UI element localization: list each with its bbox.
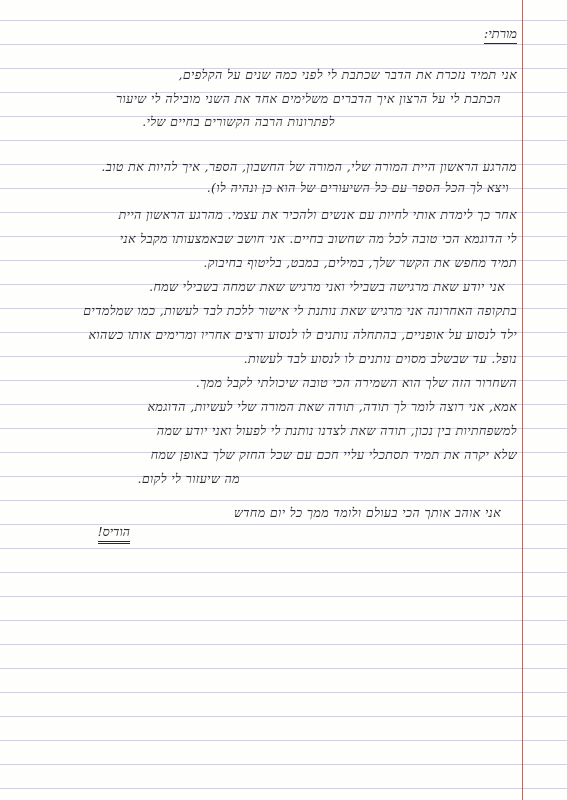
letter-line: השחרור הזה שלך הוא השמירה הכי טובה שיכול… — [196, 375, 517, 391]
signature: הודיס! — [98, 524, 130, 544]
letter-line: נופל. עד שבשלב מסוים נותנים לו לנסוע לבד… — [244, 351, 517, 367]
letter-line: למשפחתיות בין נכון, תודה שאת לצדנו נותנת… — [157, 423, 517, 439]
letter-line: אחר כך לימדת אותי לחיות עם אנשים ולהכיר … — [119, 207, 517, 223]
letter-line: שלא יקרה את תמיד תסתכלי עליי חכם עם שכל … — [151, 447, 517, 463]
letter-line: אמא, אני רוצה לומר לך תודה, תודה שאת המו… — [148, 399, 518, 415]
letter-line: תמיד מחפש את הקשר שלך, במילים, במבט, בלי… — [203, 255, 517, 271]
letter-line: מה שיעזור לי לקום. — [137, 471, 240, 487]
letter-line: אני אוהב אותך הכי בעולם ולומד ממך כל יום… — [234, 505, 501, 521]
notebook-page: מורתי: אני תמיד נזכרת את הדבר שכתבת לי ל… — [0, 0, 567, 800]
letter-line: לפתרונות הרבה הקשורים בחיים שלי. — [142, 114, 335, 130]
letter-line: לי הדוגמא הכי טובה לכל מה שחשוב בחיים. א… — [120, 231, 517, 247]
letter-line: אני יודע שאת מרגישה בשבילי ואני מרגיש שא… — [149, 279, 505, 295]
letter-line: מהרגע הראשון היית המורה שלי, המורה של הח… — [101, 159, 517, 175]
letter-line: אני תמיד נזכרת את הדבר שכתבת לי לפני כמה… — [178, 67, 517, 83]
letter-line: ילד לנסוע על אופניים, בהתחלה נותנים לו ל… — [88, 327, 517, 343]
margin-line — [522, 0, 523, 800]
letter-line: הכתבת לי על הרצון איך הדברים משלימים אחד… — [116, 91, 501, 107]
letter-line: ויצא לך הכל הספר עם כל השיעורים של הוא כ… — [207, 180, 509, 196]
letter-line: בתקופה האחרונה אני מרגיש שאת נותנת לי אי… — [83, 303, 517, 319]
salutation: מורתי: — [484, 26, 517, 44]
